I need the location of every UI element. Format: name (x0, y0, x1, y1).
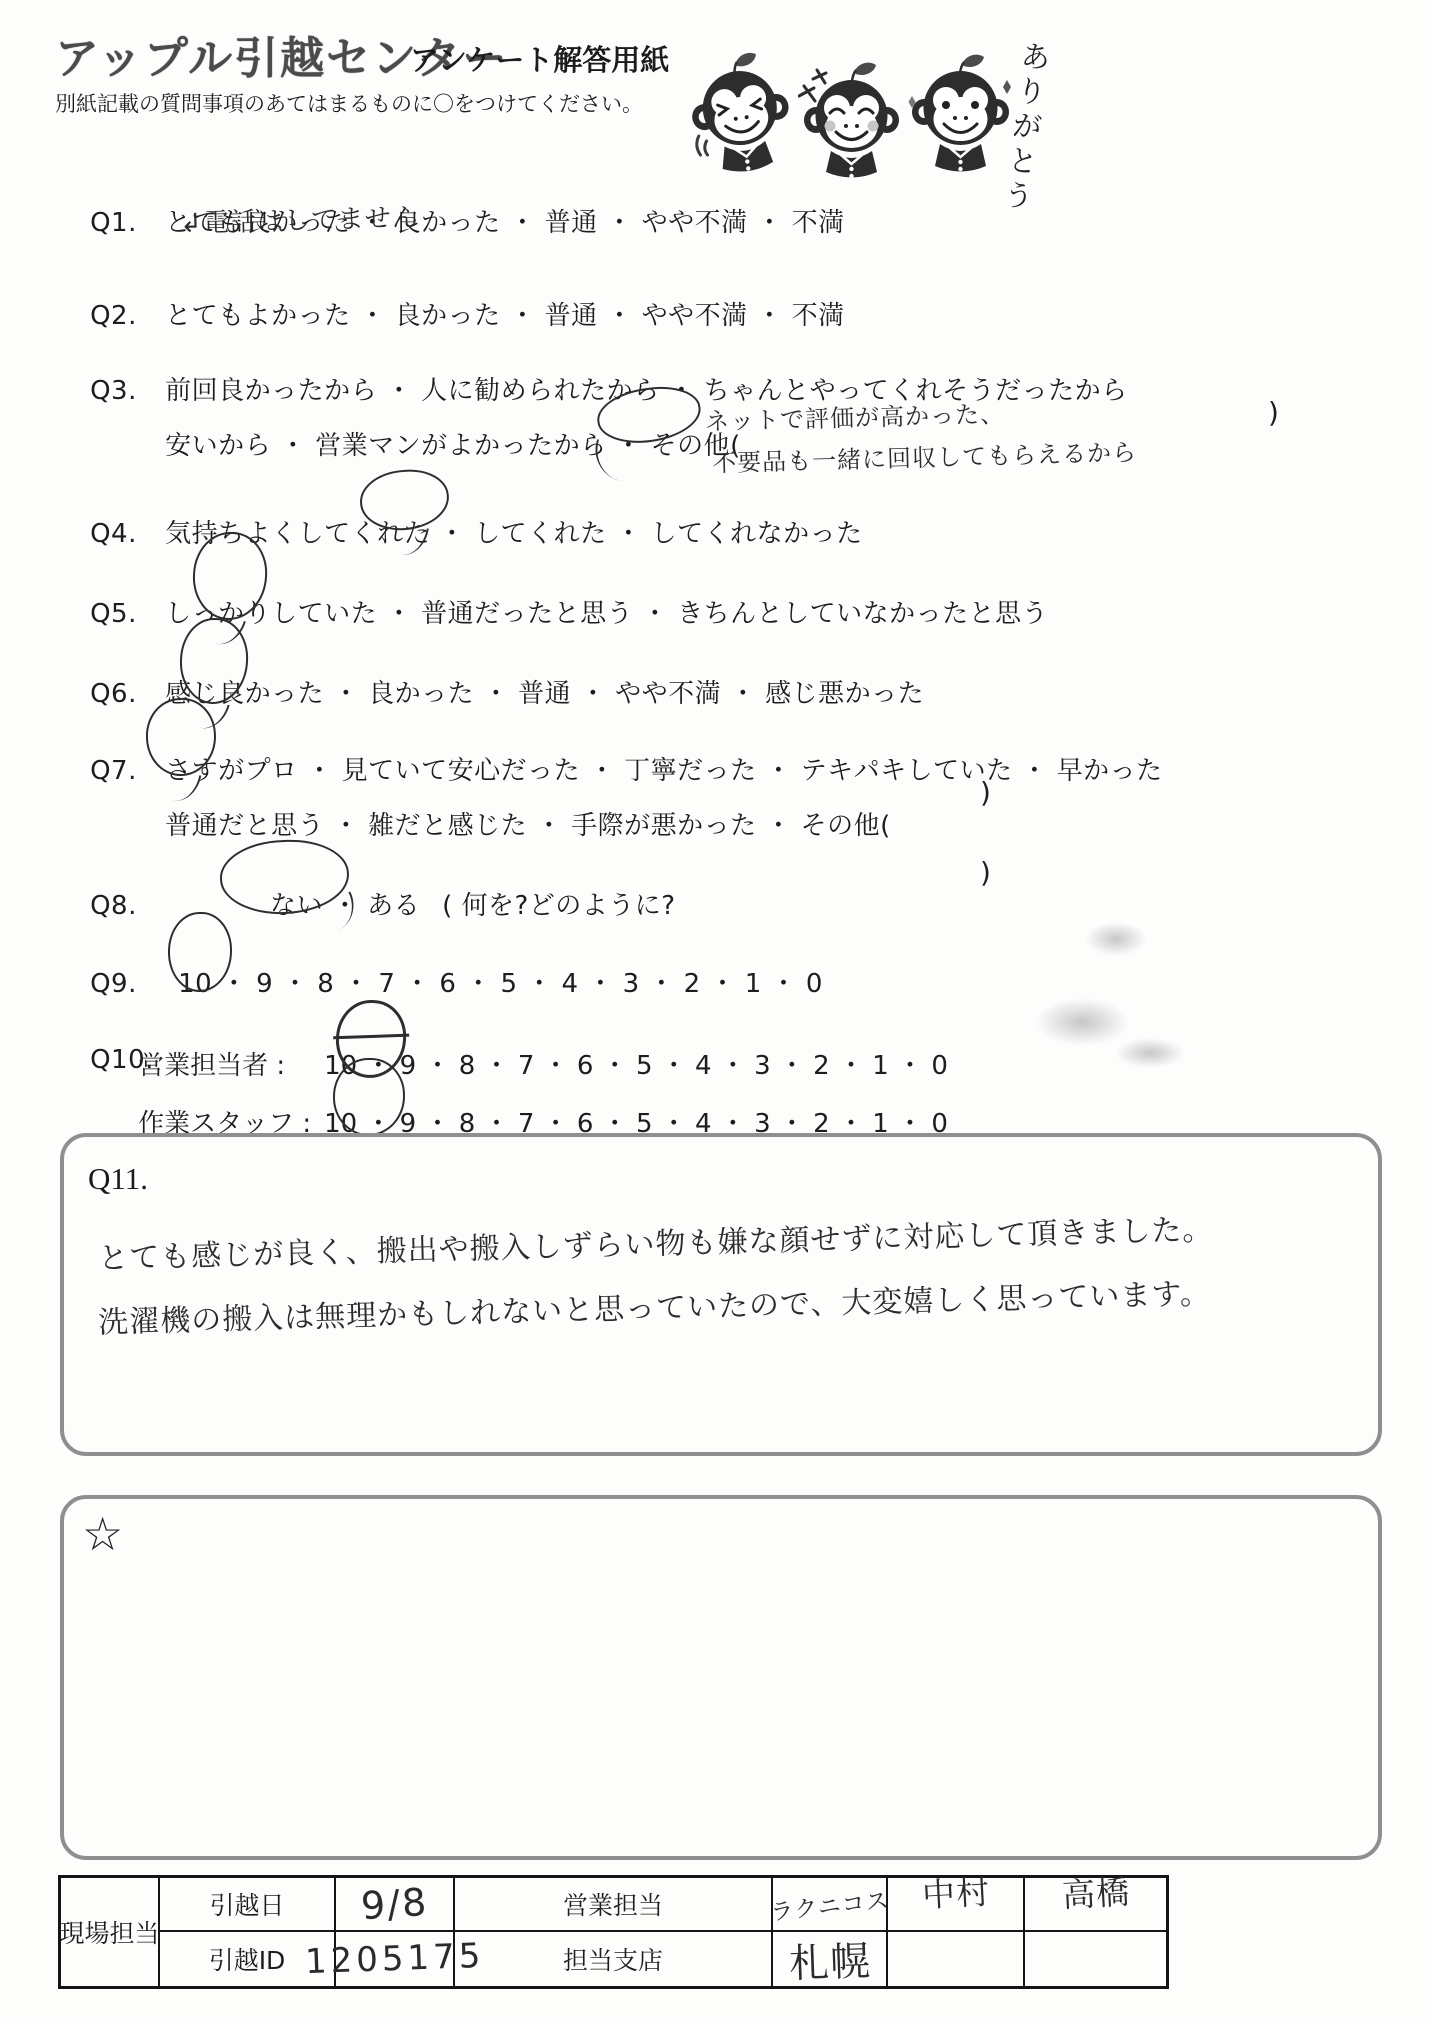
question-label: Q8. (90, 891, 165, 921)
close-paren-q8: ) (980, 856, 991, 889)
scan-smudge (1115, 1038, 1185, 1068)
close-paren-q3: ) (1268, 396, 1279, 429)
star-mark: ☆ (82, 1507, 123, 1561)
comment-box-q11: Q11. とても感じが良く、搬出や搬入しずらい物も嫌な顔せずに対応して頂きました… (60, 1133, 1382, 1456)
monkey-mascot-2 (798, 58, 903, 180)
q8-prompt: ( 何を?どのように? (442, 891, 676, 921)
survey-sheet: アップル引越センター アンケート解答用紙 別紙記載の質問事項のあてはまるものに〇… (0, 0, 1433, 2023)
sales-rep-value: ラクニコス (773, 1878, 888, 1932)
sales-rep-label: 営業担当 (455, 1878, 773, 1932)
site-crew-label: 現場担当 (61, 1878, 160, 1986)
question-label: Q4. (90, 519, 165, 549)
option-list: 普通だと思う ・ 雑だと感じた ・ 手際が悪かった ・ その他( (165, 811, 891, 841)
question-label: Q9. (90, 969, 178, 999)
answer-circle-q9 (168, 912, 232, 992)
question-label: Q6. (90, 679, 165, 709)
option-list: しっかりしていた ・ 普通だったと思う ・ きちんとしていなかったと思う (165, 599, 1048, 629)
comment-box-star: ☆ (60, 1495, 1382, 1860)
move-id-value: 1205175 (336, 1932, 455, 1986)
option-list: とてもよかった ・ 良かった ・ 普通 ・ やや不満 ・ 不満 (165, 301, 845, 331)
handwritten-comment-line1: とても感じが良く、搬出や搬入しずらい物も嫌な顔せずに対応して頂きました。 (98, 1204, 1214, 1277)
option-list: 気持ちよくしてくれた ・ してくれた ・ してくれなかった (165, 519, 863, 549)
scan-smudge (1085, 922, 1147, 956)
monkey-mascot-1 (680, 45, 801, 180)
question-label: Q2. (90, 301, 165, 331)
site-crew-empty-2 (1025, 1932, 1166, 1986)
footer-table: 引越日 9/8 営業担当 ラクニコス 現場担当 中村 高橋 引越ID 12051… (58, 1875, 1169, 1989)
move-date-value: 9/8 (336, 1878, 455, 1932)
site-crew-value-2: 高橋 (1025, 1878, 1166, 1932)
instruction-text: 別紙記載の質問事項のあてはまるものに〇をつけてください。 (55, 88, 643, 118)
answer-circle-q10-staff (333, 1058, 405, 1136)
question-label: Q1. (90, 208, 165, 238)
question-label: Q5. (90, 599, 165, 629)
site-crew-value-1: 中村 (888, 1878, 1025, 1932)
branch-label: 担当支店 (455, 1932, 773, 1986)
handwritten-note-q1: ↲電話はしてません (180, 197, 420, 240)
scan-smudge (1035, 998, 1130, 1046)
option-list: 感じ良かった ・ 良かった ・ 普通 ・ やや不満 ・ 感じ悪かった (165, 679, 924, 709)
handwritten-comment-line2: 洗濯機の搬入は無理かもしれないと思っていたので、大変嬉しく思っています。 (98, 1268, 1212, 1341)
site-crew-empty-1 (888, 1932, 1025, 1986)
rating-scale: 10 ・ 9 ・ 8 ・ 7 ・ 6 ・ 5 ・ 4 ・ 3 ・ 2 ・ 1 ・… (178, 969, 823, 999)
move-date-label: 引越日 (160, 1878, 336, 1932)
branch-value: 札幌 (773, 1932, 888, 1986)
close-paren-q7: ) (980, 776, 991, 809)
page-subtitle: アンケート解答用紙 (410, 38, 669, 79)
question-label: Q11. (88, 1161, 148, 1197)
handwritten-note-q3b: 不要品も一緒に回収してもらえるから (712, 432, 1138, 478)
question-q1: Q1.とても良かった ・ 良かった ・ 普通 ・ やや不満 ・ 不満 (55, 172, 845, 269)
